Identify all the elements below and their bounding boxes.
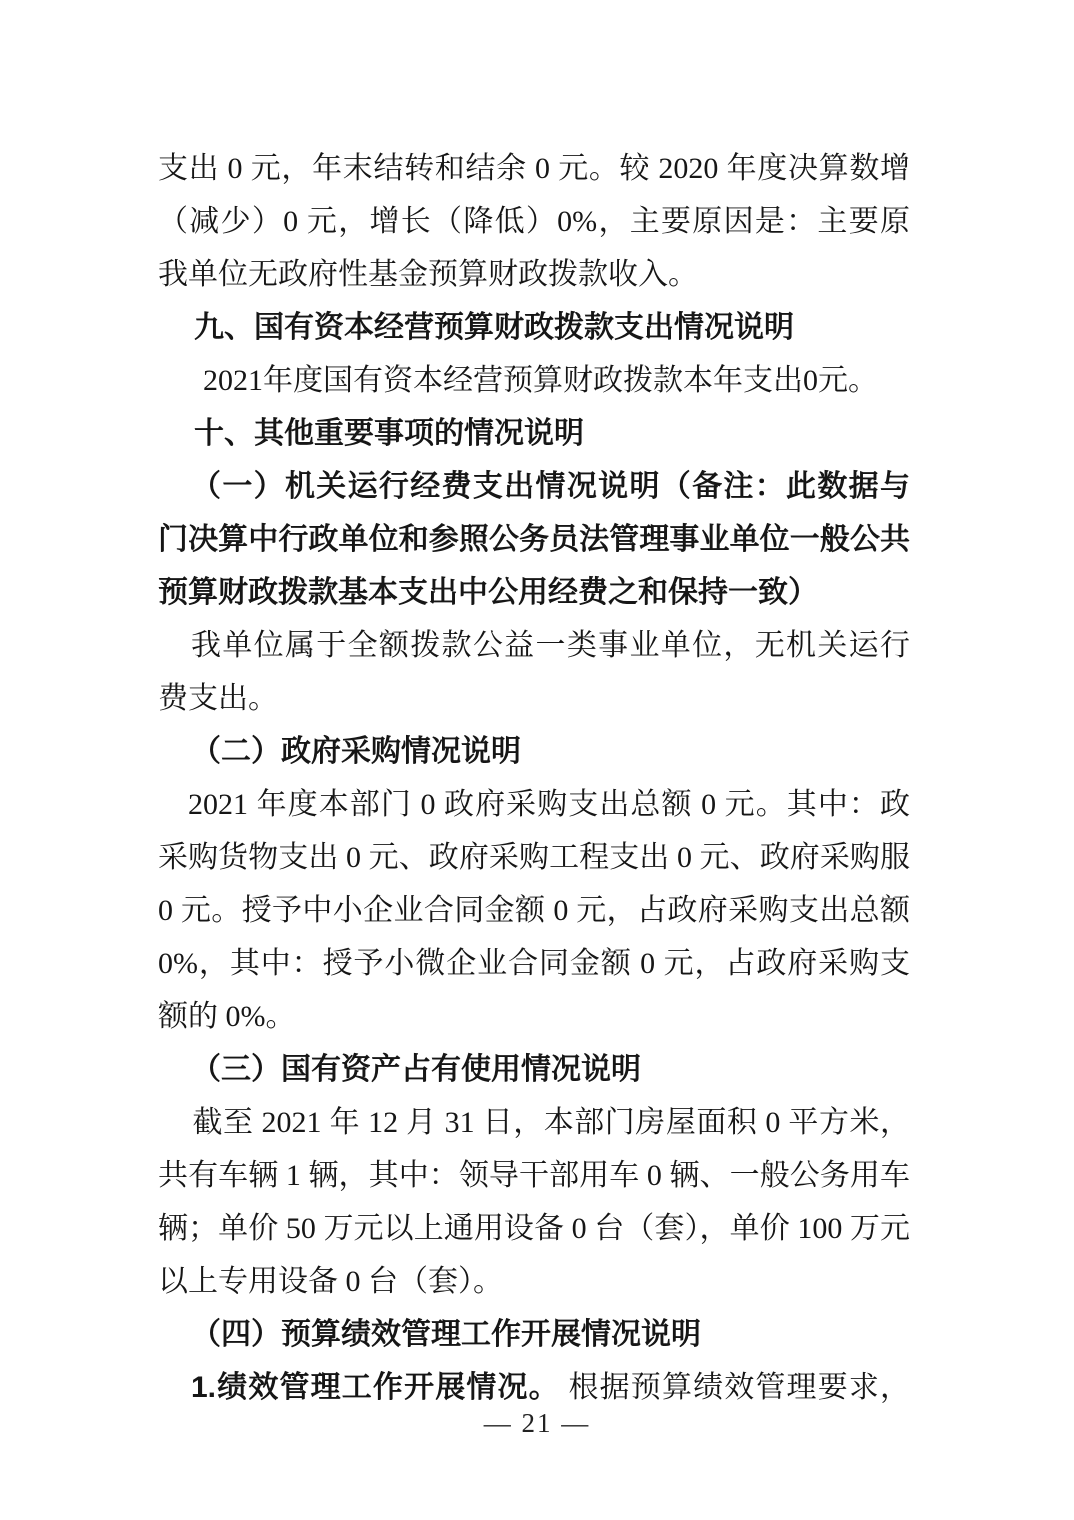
- body-text: 以上专用设备 0 台（套）。: [158, 1265, 503, 1298]
- text-line: 截至 2021 年 12 月 31 日，本部门房屋面积 0 平方米，: [158, 1096, 910, 1149]
- text-line: 辆；单价 50 万元以上通用设备 0 台（套），单价 100 万元: [158, 1202, 910, 1255]
- text-line: 费支出。: [158, 672, 910, 725]
- text-line: 0%，其中：授予小微企业合同金额 0 元，占政府采购支出总: [158, 937, 910, 990]
- body-text: 费支出。: [158, 682, 278, 715]
- heading-text: （四）预算绩效管理工作开展情况说明: [191, 1318, 701, 1351]
- body-text: 0 元。授予中小企业合同金额 0 元，占政府采购支出总额的: [158, 894, 910, 937]
- text-line: 0 元。授予中小企业合同金额 0 元，占政府采购支出总额的: [158, 884, 910, 937]
- heading-text: （二）政府采购情况说明: [191, 735, 521, 768]
- body-text: 我单位属于全额拨款公益一类事业单位，无机关运行经: [158, 629, 910, 672]
- text-line: （一）机关运行经费支出情况说明（备注：此数据与部: [158, 460, 910, 513]
- text-line: 2021年度国有资本经营预算财政拨款本年支出0元。: [158, 354, 910, 407]
- body-text: 采购货物支出 0 元、政府采购工程支出 0 元、政府采购服务: [158, 841, 910, 884]
- text-line: 预算财政拨款基本支出中公用经费之和保持一致）: [158, 566, 910, 619]
- body-text: 截至 2021 年 12 月 31 日，本部门房屋面积 0 平方米，: [193, 1106, 911, 1139]
- body-text: 2021 年度本部门 0 政府采购支出总额 0 元。其中：政府: [158, 788, 910, 831]
- document-page: 支出 0 元，年末结转和结余 0 元。较 2020 年度决算数增加（减少）0 元…: [0, 0, 1074, 1520]
- text-line: 十、其他重要事项的情况说明: [158, 407, 910, 460]
- body-text: 辆；单价 50 万元以上通用设备 0 台（套），单价 100 万元: [158, 1212, 910, 1245]
- text-line: 我单位无政府性基金预算财政拨款收入。: [158, 248, 910, 301]
- body-text: （减少）0 元，增长（降低）0%，主要原因是：主要原因是: [158, 205, 910, 248]
- heading-text: 九、国有资本经营预算财政拨款支出情况说明: [194, 311, 794, 344]
- text-line: （三）国有资产占有使用情况说明: [158, 1043, 910, 1096]
- page-number: — 21 —: [0, 1408, 1074, 1439]
- text-line: 支出 0 元，年末结转和结余 0 元。较 2020 年度决算数增加: [158, 142, 910, 195]
- text-line: 1.绩效管理工作开展情况。 根据预算绩效管理要求，我: [158, 1361, 910, 1414]
- heading-text: 门决算中行政单位和参照公务员法管理事业单位一般公共: [158, 523, 910, 556]
- text-line: 门决算中行政单位和参照公务员法管理事业单位一般公共: [158, 513, 910, 566]
- page-content: 支出 0 元，年末结转和结余 0 元。较 2020 年度决算数增加（减少）0 元…: [158, 142, 910, 1414]
- text-line: （二）政府采购情况说明: [158, 725, 910, 778]
- text-line: 九、国有资本经营预算财政拨款支出情况说明: [158, 301, 910, 354]
- heading-text: （三）国有资产占有使用情况说明: [191, 1053, 641, 1086]
- body-text: 额的 0%。: [158, 1000, 296, 1033]
- body-text: 支出 0 元，年末结转和结余 0 元。较 2020 年度决算数增加: [158, 152, 910, 195]
- text-line: 以上专用设备 0 台（套）。: [158, 1255, 910, 1308]
- body-text: 0%，其中：授予小微企业合同金额 0 元，占政府采购支出总: [158, 947, 910, 990]
- text-line: 额的 0%。: [158, 990, 910, 1043]
- text-line: （四）预算绩效管理工作开展情况说明: [158, 1308, 910, 1361]
- heading-text: 1.绩效管理工作开展情况。: [191, 1371, 560, 1404]
- body-text: 共有车辆 1 辆，其中：领导干部用车 0 辆、一般公务用车 1: [158, 1159, 910, 1202]
- heading-text: 十、其他重要事项的情况说明: [194, 417, 584, 450]
- text-line: 2021 年度本部门 0 政府采购支出总额 0 元。其中：政府: [158, 778, 910, 831]
- body-text: 2021年度国有资本经营预算财政拨款本年支出0元。: [203, 364, 878, 397]
- text-line: 我单位属于全额拨款公益一类事业单位，无机关运行经: [158, 619, 910, 672]
- text-line: （减少）0 元，增长（降低）0%，主要原因是：主要原因是: [158, 195, 910, 248]
- heading-text: （一）机关运行经费支出情况说明（备注：此数据与部: [158, 470, 910, 513]
- text-line: 采购货物支出 0 元、政府采购工程支出 0 元、政府采购服务: [158, 831, 910, 884]
- body-text: 我单位无政府性基金预算财政拨款收入。: [158, 258, 698, 291]
- text-line: 共有车辆 1 辆，其中：领导干部用车 0 辆、一般公务用车 1: [158, 1149, 910, 1202]
- heading-text: 预算财政拨款基本支出中公用经费之和保持一致）: [158, 576, 818, 609]
